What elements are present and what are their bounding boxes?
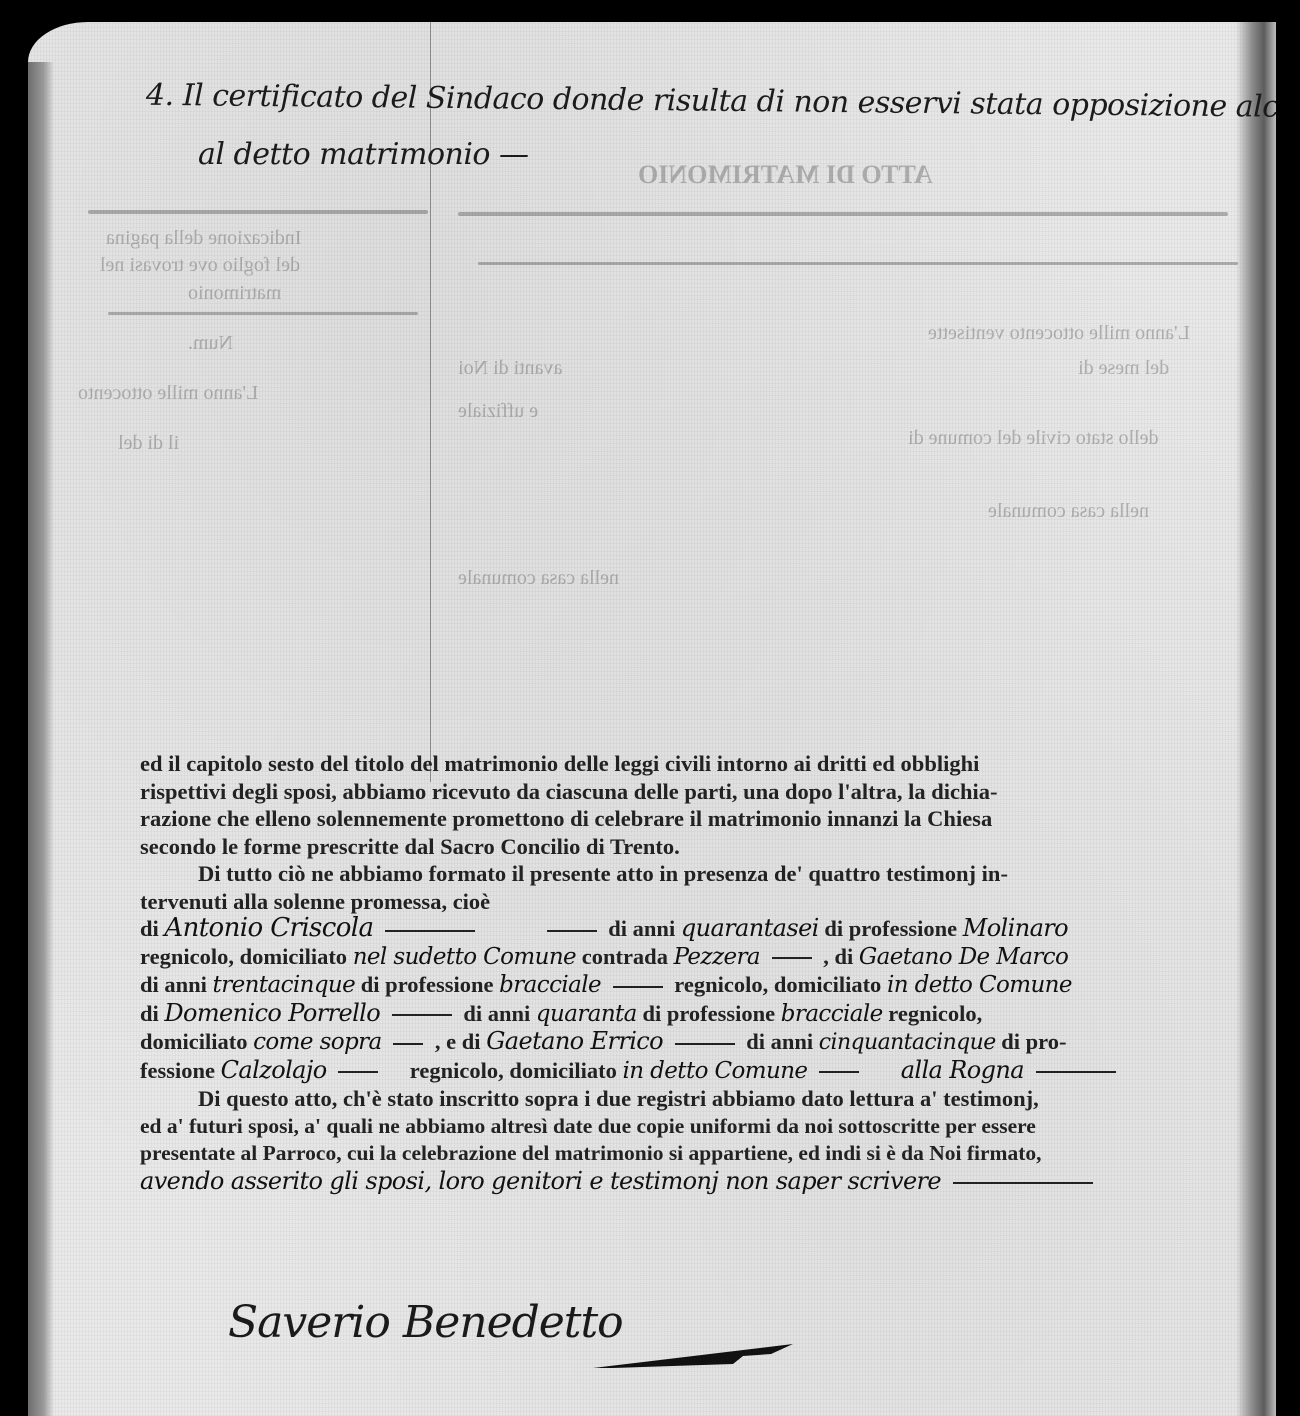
witness-age: cinquantacinque: [819, 1030, 996, 1055]
fill-dash: [1036, 1071, 1116, 1073]
body-line: secondo le forme prescritte dal Sacro Co…: [140, 833, 1210, 861]
label: di anni: [746, 1029, 813, 1054]
fill-dash: [772, 957, 812, 959]
witness-name: Gaetano Errico: [486, 1027, 663, 1055]
annotation-line-1: 4. Il certificato del Sindaco donde risu…: [146, 78, 1276, 125]
label: contrada: [582, 944, 668, 969]
witness-age: trentacinque: [213, 972, 356, 998]
bleed-right-line: nella casa comunale: [458, 567, 619, 590]
witness-name: Gaetano De Marco: [859, 944, 1068, 970]
bleed-left-line: del foglio ove trovasi nel: [100, 254, 300, 277]
label: regnicolo, domiciliato: [140, 944, 347, 969]
label: di pro-: [1001, 1029, 1066, 1054]
fill-dash: [338, 1071, 378, 1073]
body-line: rispettivi degli sposi, abbiamo ricevuto…: [140, 778, 1210, 806]
closing-line: avendo asserito gli sposi, loro genitori…: [140, 1168, 1210, 1196]
annotation-text: Il certificato del Sindaco donde risulta…: [183, 78, 1276, 125]
annotation-number: 4.: [146, 78, 174, 113]
official-signature: Saverio Benedetto: [228, 1297, 623, 1348]
label: , di: [823, 944, 853, 969]
label: di professione: [361, 972, 494, 997]
label: di anni: [463, 1001, 530, 1026]
label: regnicolo, domiciliato: [674, 972, 881, 997]
body-line: ed a' futuri sposi, a' quali ne abbiamo …: [140, 1113, 1210, 1141]
bleed-header: ATTO DI MATRIMONIO: [638, 160, 933, 190]
document-page: ATTO DI MATRIMONIO Indicazione della pag…: [28, 22, 1276, 1416]
label: domiciliato: [140, 1029, 248, 1054]
signature-flourish-icon: [593, 1342, 793, 1370]
bleed-right-line: nella casa comunale: [988, 500, 1149, 523]
bleed-right-line: e uffiziale: [458, 400, 538, 423]
bleed-left-line: il di del: [118, 432, 179, 455]
label: di anni: [608, 916, 675, 941]
witness-line: di Domenico Porrello di anni quaranta di…: [140, 1000, 1210, 1029]
fill-dash: [953, 1182, 1093, 1184]
witness-age: quarantasei: [681, 914, 819, 942]
bleed-right-line: L'anno mille ottocento ventisette: [928, 322, 1190, 345]
fill-dash: [613, 986, 663, 988]
witness-street: alla Rogna: [901, 1056, 1024, 1084]
label: di: [140, 916, 159, 941]
witness-profession: bracciale: [781, 1001, 883, 1027]
witness-line: regnicolo, domiciliato nel sudetto Comun…: [140, 943, 1210, 972]
fill-dash: [385, 930, 475, 932]
bleed-left-line: matrimonio: [188, 282, 281, 305]
witness-line: regnicolo, domiciliato domiciliato come …: [140, 1028, 1210, 1057]
fill-dash: [675, 1043, 735, 1045]
body-line: razione che elleno solennemente prometto…: [140, 805, 1210, 833]
witness-name: Antonio Criscola: [164, 913, 373, 943]
bleed-left-line: Indicazione della pagina: [106, 227, 301, 250]
witness-profession: Molinaro: [963, 914, 1068, 942]
witness-domicile: nel sudetto Comune: [353, 944, 576, 970]
bleed-rule: [88, 210, 428, 214]
bleed-right-line: dello stato civile del comune di: [908, 427, 1159, 450]
printed-body: ed il capitolo sesto del titolo del matr…: [140, 750, 1210, 1195]
fill-dash: [547, 930, 597, 932]
label: fessione: [140, 1058, 215, 1083]
witness-line: di Antonio Criscola di anni quarantasei …: [140, 915, 1210, 943]
body-line: Di questo atto, ch'è stato inscritto sop…: [140, 1085, 1210, 1113]
witness-profession: Calzolajo: [221, 1056, 327, 1084]
witness-line: di anni trentacinque di professione brac…: [140, 971, 1210, 1000]
bleed-rule: [458, 212, 1228, 216]
binding-gutter: [1236, 22, 1276, 1416]
body-line: presentate al Parroco, cui la celebrazio…: [140, 1140, 1210, 1168]
fill-dash: [393, 1043, 423, 1045]
body-line: tervenuti alla solenne promessa, cioè: [140, 888, 1210, 916]
witness-age: quaranta: [536, 1001, 637, 1027]
bleed-right-line: avanti di Noi: [458, 357, 562, 380]
label: , e di: [435, 1029, 481, 1054]
column-rule: [430, 22, 431, 782]
handwritten-closing: avendo asserito gli sposi, loro genitori…: [140, 1167, 941, 1195]
label: regnicolo, domiciliato: [410, 1058, 617, 1083]
label: di professione: [642, 1001, 775, 1026]
label: di: [140, 1001, 159, 1026]
bleed-right-line: del mese di: [1078, 357, 1169, 380]
bleed-rule: [478, 262, 1238, 265]
bleed-rule: [108, 312, 418, 315]
page-edge-shadow: [28, 62, 54, 1416]
body-line: Di tutto ciò ne abbiamo formato il prese…: [140, 860, 1210, 888]
witness-line: fessione Calzolajo regnicolo, domiciliat…: [140, 1057, 1210, 1086]
witness-name: Domenico Porrello: [164, 999, 380, 1027]
label: regnicolo,: [888, 1001, 982, 1026]
fill-dash: [392, 1014, 452, 1016]
bleed-left-line: Num.: [188, 332, 233, 355]
witness-domicile: in detto Comune: [887, 972, 1072, 998]
body-line: ed il capitolo sesto del titolo del matr…: [140, 750, 1210, 778]
annotation-line-2: al detto matrimonio —: [198, 137, 529, 172]
fill-dash: [819, 1071, 859, 1073]
label: di professione: [824, 916, 957, 941]
witness-profession: bracciale: [499, 972, 601, 998]
witness-street: Pezzera: [674, 944, 760, 970]
witness-domicile: in detto Comune: [622, 1058, 807, 1084]
witness-domicile: come sopra: [253, 1029, 382, 1055]
bleed-left-line: L'anno mille ottocento: [78, 382, 258, 405]
label: di anni: [140, 972, 207, 997]
